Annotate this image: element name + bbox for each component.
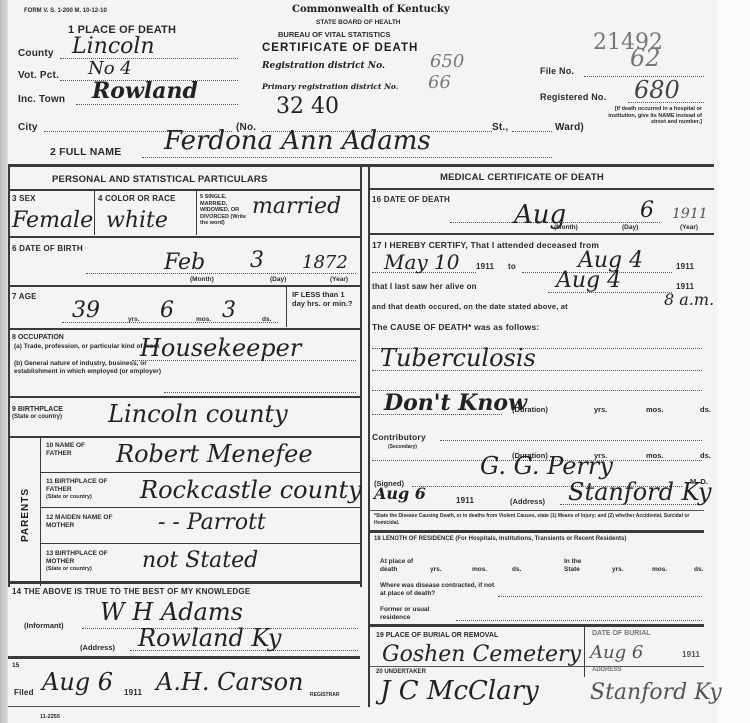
dob-month: Feb: [164, 250, 205, 275]
duration-yrs-label: yrs.: [594, 406, 607, 414]
parents-label: PARENTS: [20, 488, 31, 542]
divider: [8, 436, 360, 438]
divider: [40, 507, 360, 508]
informant-heading: 14 THE ABOVE IS TRUE TO THE BEST OF MY K…: [12, 587, 250, 596]
death-certificate: FORM V. S. 1-200 M. 10-12-10 Commonwealt…: [0, 0, 750, 723]
vot-pct-value: No 4: [88, 58, 132, 79]
burial-place-value: Goshen Cemetery: [382, 642, 581, 667]
age-years: 39: [72, 298, 100, 323]
divider: [40, 543, 360, 544]
informant-label: (Informant): [24, 622, 64, 630]
marital-label: 5 SINGLE, MARRIED, WIDOWED, OR DIVORCED …: [200, 194, 252, 227]
to-label: to: [508, 262, 516, 271]
center-divider: [360, 167, 362, 587]
signed-date: Aug 6: [374, 484, 426, 503]
contracted-label: Where was disease contracted, if not at …: [380, 582, 500, 597]
res-place-ds: ds.: [512, 566, 521, 574]
city-label: City: [18, 122, 38, 133]
res-place-mos: mos.: [472, 566, 487, 574]
registered-no-label: Registered No.: [540, 92, 606, 102]
mother-birthplace-sub: (State or country): [46, 566, 92, 574]
mos-label: mos.: [196, 316, 211, 324]
undertaker-value: J C McClary: [380, 676, 539, 706]
former-residence-label: Former or usual residence: [380, 606, 430, 621]
father-birthplace-sub: (State or country): [46, 494, 92, 502]
day-label: (Day): [270, 276, 286, 284]
right-margin: [718, 0, 750, 723]
yrs-label: yrs.: [128, 316, 140, 324]
sex-label: 3 SEX: [12, 194, 36, 203]
divider: [8, 328, 360, 330]
divider: [8, 581, 360, 584]
registrar-signature: A.H. Carson: [156, 668, 304, 696]
state-board: STATE BOARD OF HEALTH: [316, 19, 401, 27]
house-number-value: 32 40: [276, 94, 339, 119]
divider: [40, 436, 41, 586]
age-days: 3: [222, 298, 236, 323]
divider: [8, 656, 360, 659]
inc-town-line: [76, 104, 238, 105]
full-name-value: Ferdona Ann Adams: [164, 126, 431, 156]
burial-date-value: Aug 6: [590, 642, 643, 663]
occupation-value: Housekeeper: [140, 334, 301, 362]
at-place-label: At place of death: [380, 558, 420, 573]
st-label: St.,: [492, 122, 508, 133]
occupation-b-line: [164, 392, 356, 393]
divider: [368, 188, 714, 190]
ward-line: [512, 131, 552, 132]
age-months: 6: [160, 298, 174, 323]
certify-label: 17 I HEREBY CERTIFY, That I attended dec…: [372, 240, 599, 250]
reg-district-value: 650: [430, 51, 464, 72]
certificate-title: CERTIFICATE OF DEATH: [262, 42, 418, 54]
birthplace-value: Lincoln county: [108, 400, 288, 428]
physician-address-label: (Address): [510, 498, 545, 506]
month-label: (Month): [190, 276, 214, 284]
divider: [370, 666, 704, 667]
divider: [286, 287, 287, 327]
full-name-line: [142, 157, 552, 158]
cause-label: The CAUSE OF DEATH* was as follows:: [372, 322, 539, 332]
personal-heading: PERSONAL AND STATISTICAL PARTICULARS: [52, 174, 268, 185]
mother-birthplace-label: 13 BIRTHPLACE OF MOTHER: [46, 550, 132, 565]
res-state-ds: ds.: [694, 566, 703, 574]
duration-ds-label: ds.: [700, 406, 711, 414]
undertaker-address-label: ADDRESS: [592, 667, 621, 675]
footer-code: 11-2255: [40, 714, 60, 722]
dod-day-label: (Day): [622, 224, 638, 232]
sex-value: Female: [12, 208, 93, 233]
mother-maiden-value: - - Parrott: [158, 510, 266, 535]
father-name-value: Robert Menefee: [116, 440, 313, 468]
informant-address-label: (Address): [80, 644, 115, 652]
res-place-yrs: yrs.: [430, 566, 442, 574]
res-state-mos: mos.: [652, 566, 667, 574]
dod-label: 16 DATE OF DEATH: [372, 195, 450, 204]
hospital-note: [If death occurred in a hospital or inst…: [606, 106, 702, 126]
divider: [8, 706, 360, 707]
divider: [94, 191, 95, 235]
ds-label: ds.: [262, 316, 271, 324]
contributory-mos-label: mos.: [646, 452, 664, 460]
divider: [370, 624, 704, 627]
reg-district-label: Registration district No.: [262, 61, 385, 71]
mother-birthplace-value: not Stated: [142, 548, 258, 573]
divider: [368, 233, 714, 235]
contributory-sub: (Secondary): [388, 444, 417, 452]
res-state-yrs: yrs.: [612, 566, 624, 574]
less-than-label: IF LESS than 1 day hrs. or min.?: [292, 290, 356, 308]
father-birthplace-value: Rockcastle county: [140, 476, 362, 504]
from-date: May 10: [384, 250, 460, 274]
county-value: Lincoln: [72, 34, 155, 59]
to-year: 1911: [676, 262, 694, 271]
burial-date-label: DATE OF BURIAL: [592, 630, 651, 638]
dob-day: 3: [250, 248, 264, 273]
undertaker-address-value: Stanford Ky: [590, 680, 722, 705]
dod-year-label: (Year): [680, 224, 698, 232]
contributory-label: Contributory: [372, 432, 426, 442]
divider: [40, 472, 360, 473]
occurred-time: 8 a.m.: [664, 290, 714, 309]
dob-year: 1872: [302, 252, 348, 273]
commonwealth: Commonwealth of Kentucky: [292, 4, 450, 15]
page-edge: [0, 0, 8, 723]
last-saw-label: that I last saw her alive on: [372, 282, 477, 291]
medical-heading: MEDICAL CERTIFICATE OF DEATH: [440, 172, 604, 183]
divider: [8, 396, 360, 398]
bureau: BUREAU OF VITAL STATISTICS: [278, 31, 390, 39]
occupation-b-label: (b) General nature of industry, business…: [14, 360, 164, 375]
from-year: 1911: [476, 262, 494, 271]
divider: [8, 236, 360, 238]
divider: [8, 285, 360, 287]
race-value: white: [106, 208, 168, 233]
birthplace-label: 9 BIRTHPLACE: [12, 406, 63, 414]
father-birthplace-label: 11 BIRTHPLACE OF FATHER: [46, 478, 132, 493]
inc-town-label: Inc. Town: [18, 94, 65, 105]
divider: [196, 191, 197, 235]
occupation-label: 8 OCCUPATION: [12, 334, 64, 342]
race-label: 4 COLOR OR RACE: [98, 194, 176, 203]
primary-reg-value: 66: [428, 72, 451, 93]
filed-value: Aug 6: [42, 668, 113, 696]
former-residence-line: [456, 620, 702, 621]
signed-year: 1911: [456, 496, 474, 505]
duration-value: Don't Know: [384, 390, 527, 416]
father-name-label: 10 NAME OF FATHER: [46, 442, 106, 457]
dod-day: 6: [640, 198, 654, 223]
birthplace-sub: (State or country): [12, 414, 62, 422]
duration-mos-label: mos.: [646, 406, 664, 414]
residence-heading: 18 LENGTH OF RESIDENCE (For Hospitals, I…: [374, 536, 704, 544]
divider: [8, 189, 360, 191]
contracted-line: [498, 596, 702, 597]
filed-label: Filed: [14, 688, 34, 697]
full-name-label: 2 FULL NAME: [50, 146, 121, 158]
file-no-label: File No.: [540, 66, 574, 76]
physician-signature: G. G. Perry: [480, 452, 613, 480]
form-number: FORM V. S. 1-200 M. 10-12-10: [24, 8, 107, 16]
age-label: 7 AGE: [12, 292, 37, 301]
marital-value: married: [252, 194, 341, 219]
dod-year: 1911: [672, 206, 708, 222]
ward-label: Ward): [555, 122, 584, 133]
registrar-label: REGISTRAR: [310, 692, 339, 700]
divider: [370, 530, 704, 533]
divider: [370, 510, 704, 511]
county-label: County: [18, 48, 54, 59]
file-no-value: 62: [630, 44, 661, 72]
cause-footnote: *State the Disease Causing Death, or in …: [374, 513, 704, 526]
contributory-ds-label: ds.: [700, 452, 711, 460]
contributory-line: [440, 440, 702, 441]
in-state-label: In the State: [564, 558, 598, 573]
filed-year: 1911: [124, 688, 142, 697]
dob-label: 6 DATE OF BIRTH: [12, 244, 83, 253]
registered-no-value: 680: [634, 76, 680, 104]
left-border: [8, 167, 10, 587]
filed-item-no: 15: [12, 662, 19, 670]
burial-date-year: 1911: [682, 650, 700, 659]
primary-reg-label: Primary registration district No.: [262, 82, 398, 91]
inc-town-value: Rowland: [92, 78, 198, 104]
duration-label: (Duration): [512, 406, 548, 414]
physician-address-value: Stanford Ky: [568, 478, 712, 506]
dob-line: [86, 273, 356, 274]
occurred-label: and that death occured, on the date stat…: [372, 302, 568, 311]
last-saw-date: Aug 4: [556, 268, 621, 293]
year-label: (Year): [330, 276, 348, 284]
burial-place-label: 19 PLACE OF BURIAL OR REMOVAL: [376, 632, 498, 640]
cause-value: Tuberculosis: [380, 344, 536, 372]
dod-month-label: (Month): [554, 224, 578, 232]
informant-value: W H Adams: [100, 598, 243, 626]
vot-pct-label: Vot. Pct.: [18, 70, 59, 81]
divider: [584, 627, 585, 677]
mother-maiden-label: 12 MAIDEN NAME OF MOTHER: [46, 514, 132, 529]
informant-address-value: Rowland Ky: [138, 624, 281, 652]
